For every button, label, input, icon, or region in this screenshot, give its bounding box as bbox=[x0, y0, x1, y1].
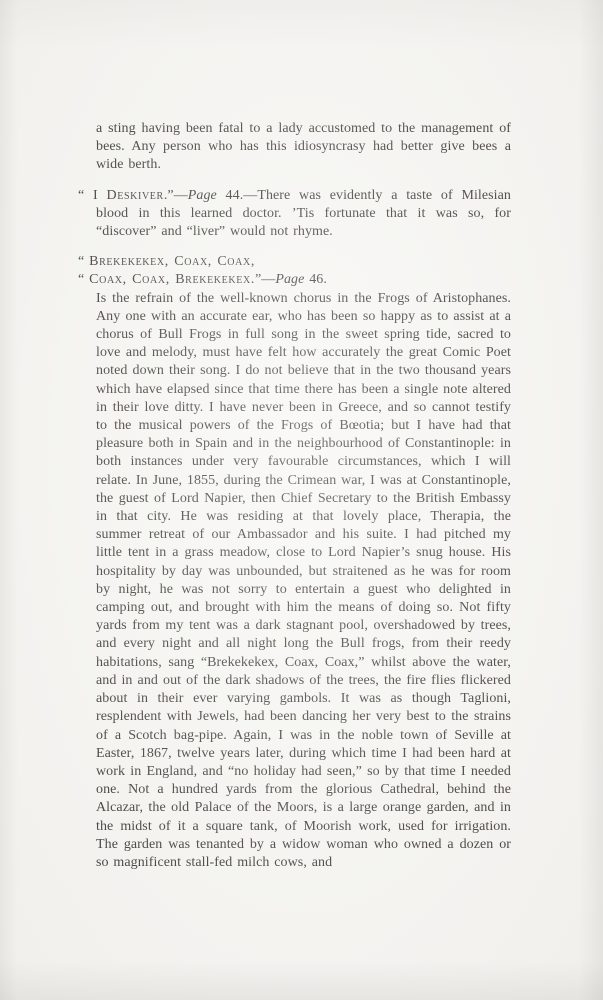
brekekekex-header-line1: “ Brekekekex, Coax, Coax, bbox=[78, 253, 511, 271]
deskiver-page-ref-word: Page bbox=[188, 188, 217, 203]
brekekekex-line2-close-quote: ”— bbox=[255, 272, 275, 287]
brekekekex-note-body: Is the refrain of the well-known chorus … bbox=[96, 290, 511, 873]
deskiver-open-quote: “ I bbox=[78, 188, 106, 203]
brekekekex-line1-title: Brekekekex, Coax, Coax, bbox=[89, 254, 255, 269]
deskiver-title: Deskiver bbox=[106, 188, 163, 203]
brekekekex-page-ref-word: Page bbox=[275, 272, 304, 287]
book-page: a sting having been fatal to a lady accu… bbox=[0, 0, 603, 1000]
brekekekex-page-ref-number: 46. bbox=[304, 272, 327, 287]
note-brekekekex: “ Brekekekex, Coax, Coax, “ Coax, Coax, … bbox=[78, 253, 511, 872]
note-deskiver: “ I Deskiver.”—Page 44.—There was eviden… bbox=[78, 187, 511, 242]
brekekekex-line2-open-quote: “ bbox=[78, 272, 89, 287]
page-text-block: a sting having been fatal to a lady accu… bbox=[78, 120, 511, 872]
deskiver-title-close: .”— bbox=[164, 188, 188, 203]
brekekekex-header-line2: “ Coax, Coax, Brekekekex.”—Page 46. bbox=[78, 271, 511, 289]
brekekekex-line1-open-quote: “ bbox=[78, 254, 89, 269]
brekekekex-line2-title: Coax, Coax, Brekekekex. bbox=[89, 272, 255, 287]
paragraph-bees: a sting having been fatal to a lady accu… bbox=[96, 120, 511, 175]
